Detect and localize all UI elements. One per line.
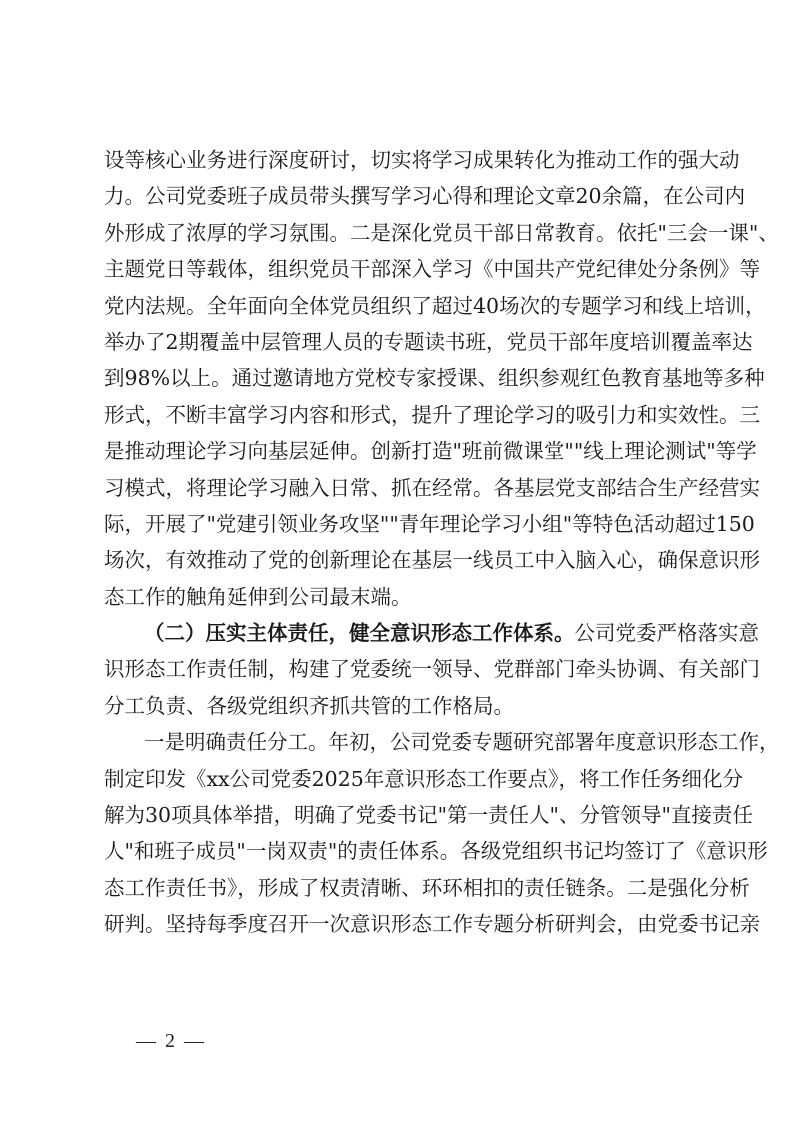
text-line: 际，开展了"党建引领业务攻坚""青年理论学习小组"等特色活动超过150	[104, 506, 694, 542]
section-heading: （二）压实主体责任，健全意识形态工作体系。	[144, 621, 575, 645]
text-line: 到98%以上。通过邀请地方党校专家授课、组织参观红色教育基地等多种	[104, 360, 694, 396]
section-heading-line: （二）压实主体责任，健全意识形态工作体系。公司党委严格落实意	[104, 615, 694, 651]
text-line: 态工作责任书》，形成了权责清晰、环环相扣的责任链条。二是强化分析	[104, 870, 694, 906]
text-line: 主题党日等载体，组织党员干部深入学习《中国共产党纪律处分条例》等	[104, 251, 694, 287]
page-number: — 2 —	[136, 1030, 206, 1053]
text-line: 解为30项具体举措，明确了党委书记"第一责任人"、分管领导"直接责任	[104, 797, 694, 833]
body-text: 设等核心业务进行深度研讨，切实将学习成果转化为推动工作的强大动 力。公司党委班子…	[104, 142, 694, 943]
text-line: 力。公司党委班子成员带头撰写学习心得和理论文章20余篇，在公司内	[104, 178, 694, 214]
paragraph-first-line: 一是明确责任分工。年初，公司党委专题研究部署年度意识形态工作，	[104, 724, 694, 760]
text-line: 人"和班子成员"一岗双责"的责任体系。各级党组织书记均签订了《意识形	[104, 833, 694, 869]
document-page: 设等核心业务进行深度研讨，切实将学习成果转化为推动工作的强大动 力。公司党委班子…	[0, 0, 793, 1122]
text-line: 设等核心业务进行深度研讨，切实将学习成果转化为推动工作的强大动	[104, 142, 694, 178]
section-heading-rest: 公司党委严格落实意	[575, 621, 760, 645]
text-line: 形式，不断丰富学习内容和形式，提升了理论学习的吸引力和实效性。三	[104, 397, 694, 433]
text-line: 识形态工作责任制，构建了党委统一领导、党群部门牵头协调、有关部门	[104, 651, 694, 687]
text-line: 分工负责、各级党组织齐抓共管的工作格局。	[104, 688, 694, 724]
text-line: 研判。坚持每季度召开一次意识形态工作专题分析研判会，由党委书记亲	[104, 906, 694, 942]
text-line: 举办了2期覆盖中层管理人员的专题读书班，党员干部年度培训覆盖率达	[104, 324, 694, 360]
text-line: 党内法规。全年面向全体党员组织了超过40场次的专题学习和线上培训，	[104, 288, 694, 324]
text-line: 场次，有效推动了党的创新理论在基层一线员工中入脑入心，确保意识形	[104, 542, 694, 578]
text-line: 态工作的触角延伸到公司最末端。	[104, 579, 694, 615]
text-line: 是推动理论学习向基层延伸。创新打造"班前微课堂""线上理论测试"等学	[104, 433, 694, 469]
text-line: 制定印发《xx公司党委2025年意识形态工作要点》，将工作任务细化分	[104, 761, 694, 797]
text-line: 习模式，将理论学习融入日常、抓在经常。各基层党支部结合生产经营实	[104, 470, 694, 506]
text-line: 外形成了浓厚的学习氛围。二是深化党员干部日常教育。依托"三会一课"、	[104, 215, 694, 251]
